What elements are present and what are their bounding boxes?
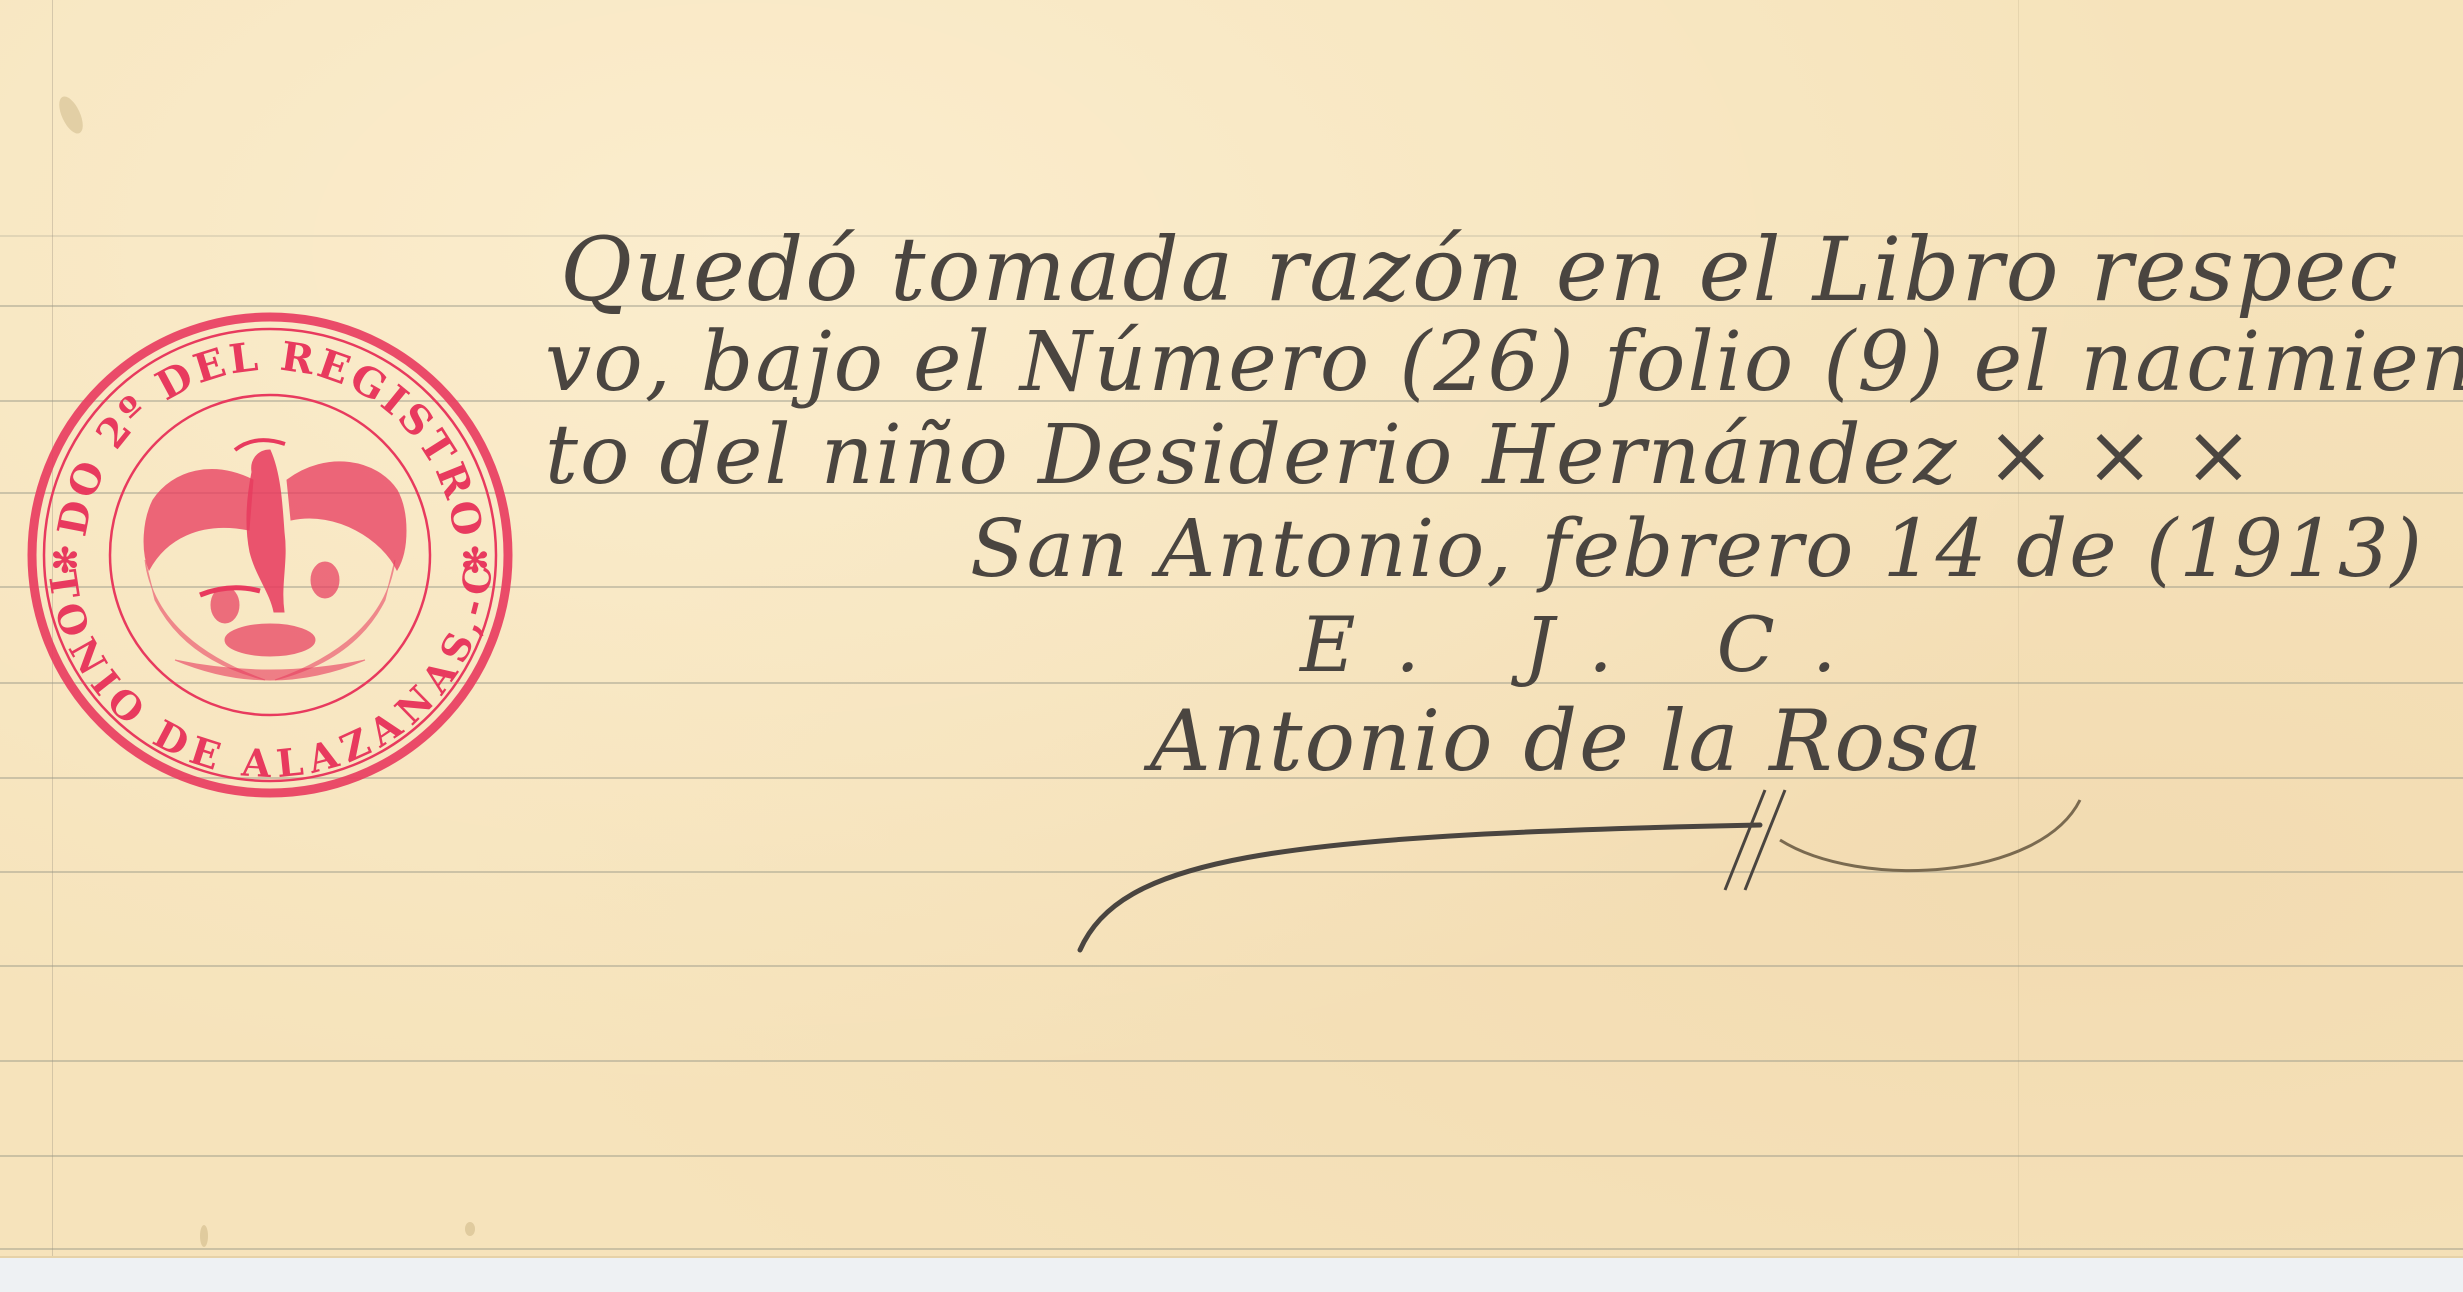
fold-line <box>2018 0 2019 1256</box>
seal-star-icon: ✻ <box>461 541 490 581</box>
paper-stain <box>465 1222 475 1236</box>
paper-stain <box>200 1225 208 1247</box>
registry-seal: JUZGADO 2º DEL REGISTRO CIVIL S. ANTONIO… <box>25 310 515 800</box>
document-paper: JUZGADO 2º DEL REGISTRO CIVIL S. ANTONIO… <box>0 0 2463 1258</box>
body-line-3: to del niño Desiderio Hernández × × × <box>545 408 2255 503</box>
signature-flourish-icon <box>1060 770 2140 970</box>
initials: E. J. C. <box>1300 600 1876 689</box>
body-line-2: vo, bajo el Número (26) folio (9) el nac… <box>545 315 2463 410</box>
ruled-line <box>0 1060 2463 1062</box>
date-line: San Antonio, febrero 14 de (1913) <box>970 502 2424 595</box>
paper-stain <box>54 93 87 137</box>
eagle-emblem-icon <box>144 440 406 680</box>
seal-star-icon: ✻ <box>51 541 80 581</box>
ruled-line <box>0 1155 2463 1157</box>
body-line-1: Quedó tomada razón en el Libro respec <box>560 218 2400 321</box>
ruled-line <box>0 1248 2463 1250</box>
